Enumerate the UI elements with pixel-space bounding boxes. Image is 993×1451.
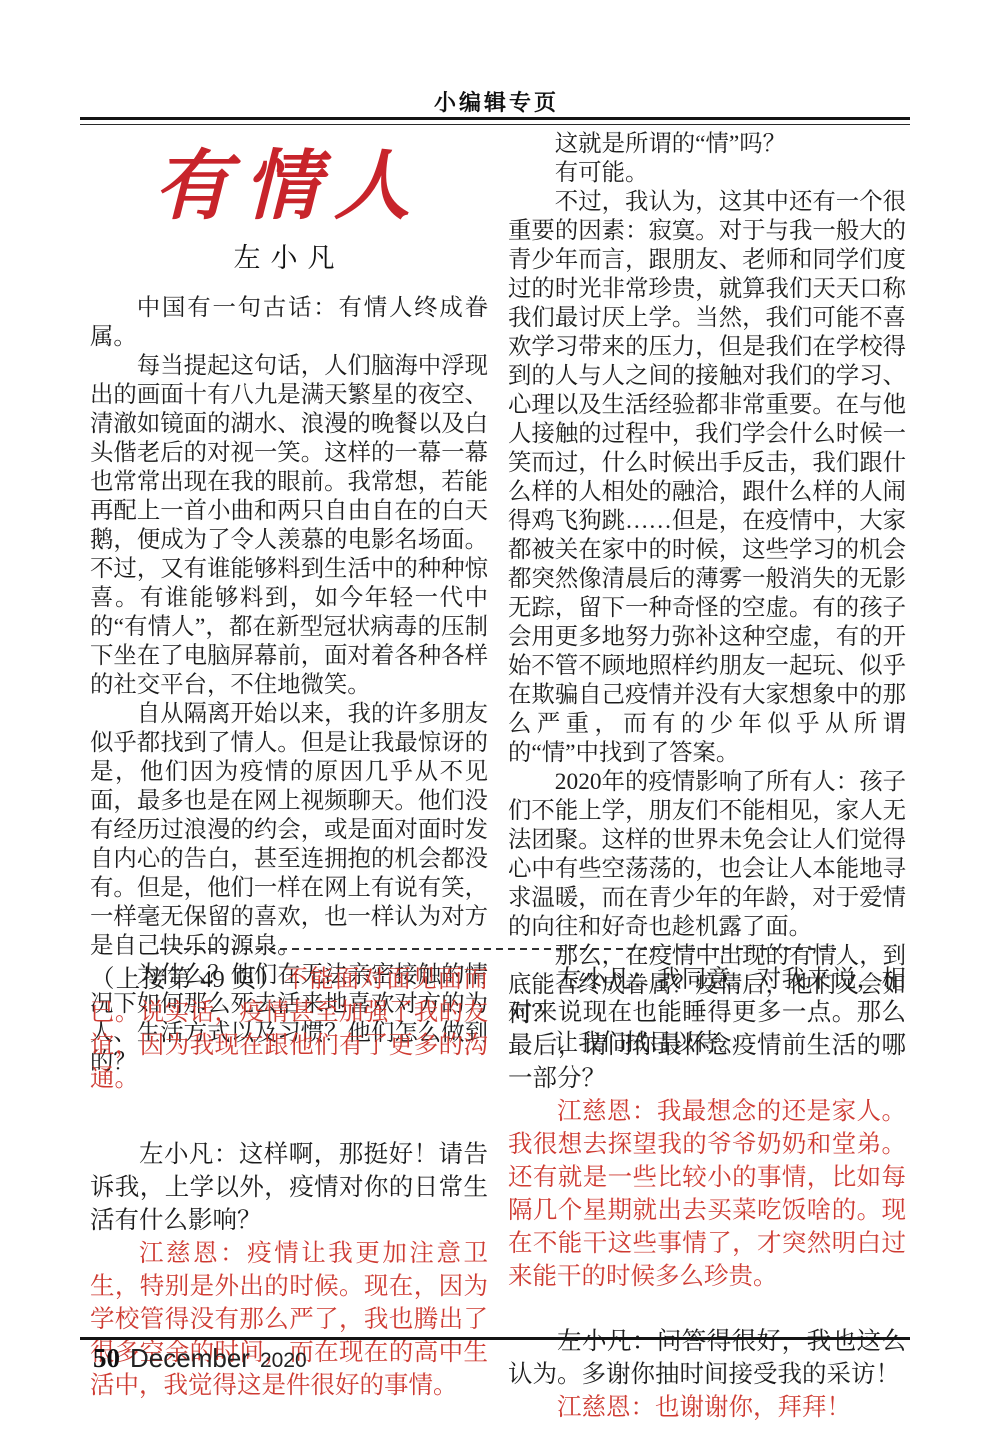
section-divider-dashed (160, 948, 836, 950)
interviewee-answer-paragraph: 江慈恩：疫情让我更加注意卫生，特别是外出的时候。现在，因为学校管得没有那么严了，… (90, 1237, 488, 1402)
interviewer-question-paragraph: 左小凡：这样啊，那挺好！请告诉我，上学以外，疫情对你的日常生活有什么影响？ (90, 1138, 488, 1237)
article-paragraph: 不过，我认为，这其中还有一个很重要的因素：寂寞。对于与我一般大的青少年而言，跟朋… (508, 188, 906, 768)
interviewee-answer-paragraph: 江慈恩：我最想念的还是家人。我很想去探望我的爷爷奶奶和堂弟。还有就是一些比较小的… (508, 1095, 906, 1293)
header-rule-thick (80, 117, 910, 120)
article-paragraph: 有可能。 (508, 159, 906, 188)
continuation-note-paragraph: （上接第 49 页）不能面对面见面而已。说实话，疫情甚至加强了我的友谊，因为我现… (90, 963, 488, 1095)
page-number: 50 (93, 1343, 120, 1374)
interviewee-answer-text: 江慈恩：我最想念的还是家人。我很想去探望我的爷爷奶奶和堂弟。还有就是一些比较小的… (508, 1098, 906, 1290)
article-paragraph: 自从隔离开始以来，我的许多朋友似乎都找到了情人。但是让我最惊讶的是，他们因为疫情… (90, 700, 488, 961)
article-left-column: 有情人 左小凡 中国有一句古话：有情人终成眷属。 每当提起这句话，人们脑海中浮现… (90, 130, 488, 1077)
page-footer: 50 December 2020 (93, 1343, 307, 1374)
interviewee-closing-text: 江慈恩：也谢谢你，拜拜！ (557, 1394, 851, 1421)
interviewer-question-paragraph: 左小凡：我同意。对我来说，相对来说现在也能睡得更多一点。那么最后，请问你最怀念疫… (508, 963, 906, 1095)
interviewee-closing-paragraph: 江慈恩：也谢谢你，拜拜！ (508, 1391, 906, 1424)
interviewer-closing-paragraph: 左小凡：问答得很好，我也这么认为。多谢你抽时间接受我的采访！ (508, 1325, 906, 1391)
page-header-title: 小编辑专页 (0, 86, 993, 117)
magazine-page: 小编辑专页 有情人 左小凡 中国有一句古话：有情人终成眷属。 每当提起这句话，人… (0, 0, 993, 1451)
footer-year: 2020 (260, 1349, 307, 1373)
article-body: 有情人 左小凡 中国有一句古话：有情人终成眷属。 每当提起这句话，人们脑海中浮现… (90, 130, 906, 1077)
footer-month: December (130, 1343, 250, 1374)
interview-right-column: 左小凡：我同意。对我来说，相对来说现在也能睡得更多一点。那么最后，请问你最怀念疫… (508, 963, 906, 1424)
article-title: 有情人 (90, 136, 488, 238)
article-paragraph: 每当提起这句话，人们脑海中浮现出的画面十有八九是满天繁星的夜空、清澈如镜面的湖水… (90, 352, 488, 700)
article-right-column: 这就是所谓的“情”吗？ 有可能。 不过，我认为，这其中还有一个很重要的因素：寂寞… (508, 130, 906, 1077)
interviewee-answer-text: 江慈恩：疫情让我更加注意卫生，特别是外出的时候。现在，因为学校管得没有那么严了，… (90, 1240, 488, 1399)
footer-rule (80, 1337, 910, 1340)
header-rule-thin (80, 124, 910, 125)
article-author: 左小凡 (90, 238, 488, 278)
continued-from-note: （上接第 49 页） (90, 966, 283, 993)
article-paragraph: 这就是所谓的“情”吗？ (508, 130, 906, 159)
interviewer-question-text: 左小凡：我同意。对我来说，相对来说现在也能睡得更多一点。那么最后，请问你最怀念疫… (508, 966, 906, 1092)
interviewer-question-text: 左小凡：这样啊，那挺好！请告诉我，上学以外，疫情对你的日常生活有什么影响？ (90, 1141, 488, 1234)
article-paragraph: 2020年的疫情影响了所有人：孩子们不能上学，朋友们不能相见，家人无法团聚。这样… (508, 768, 906, 942)
article-paragraph: 中国有一句古话：有情人终成眷属。 (90, 294, 488, 352)
